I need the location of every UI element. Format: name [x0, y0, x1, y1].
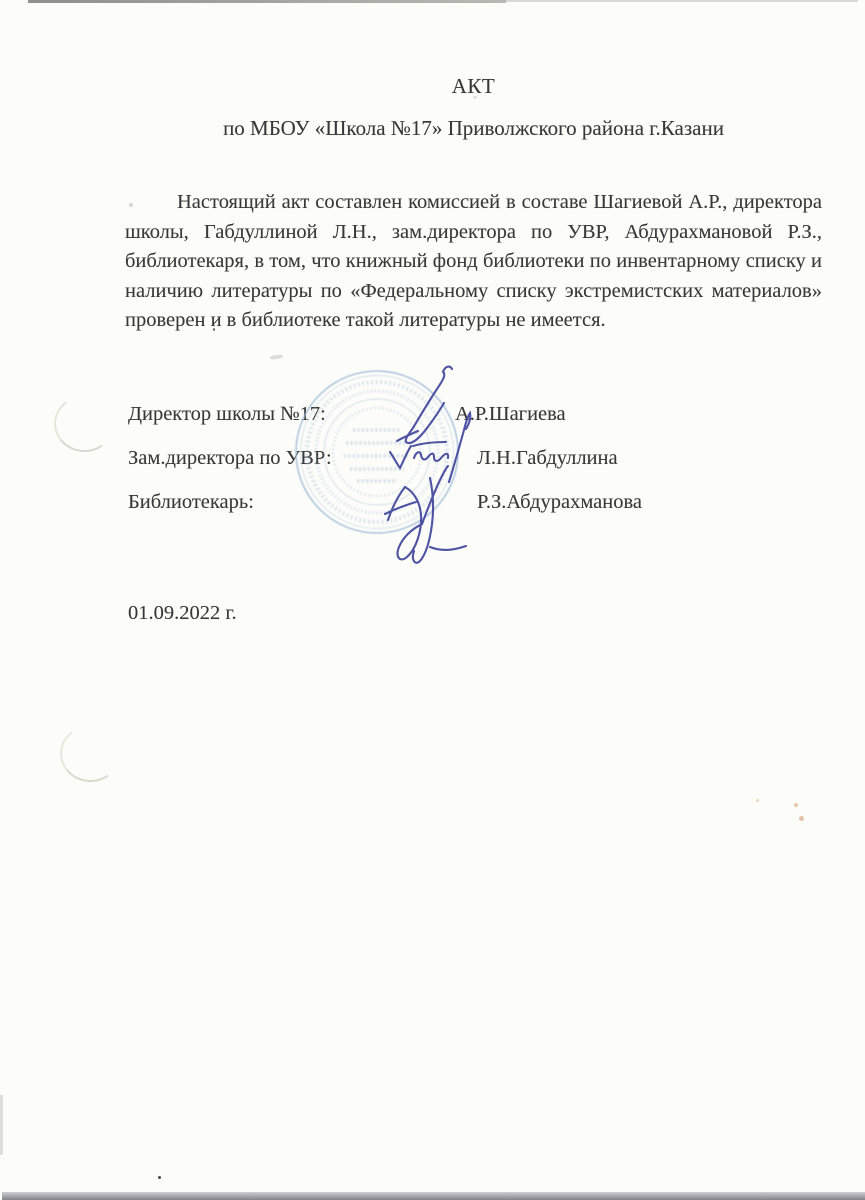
- document-date: 01.09.2022 г.: [128, 602, 237, 625]
- stamp-and-signatures-layer: [0, 0, 865, 1200]
- scan-edge-bottom: [2, 1192, 865, 1200]
- document-title: АКТ: [125, 74, 822, 99]
- scan-edge-top: [28, 0, 506, 3]
- signer-name: Р.З.Абдурахманова: [477, 491, 642, 514]
- punch-hole-mark: [50, 392, 117, 456]
- signer-name: Л.Н.Габдуллина: [477, 447, 618, 470]
- signature-row-deputy: Зам.директора по УВР: Л.Н.Габдуллина: [128, 447, 828, 473]
- body-paragraph: Настоящий акт составлен комиссией в сост…: [125, 188, 822, 336]
- paper-speck: [756, 799, 759, 802]
- punch-hole-mark: [56, 722, 123, 786]
- signature-row-director: Директор школы №17: А.Р.Шагиева: [128, 403, 828, 429]
- paper-smudge: [270, 354, 283, 360]
- paper-speck: [799, 816, 804, 821]
- paper-speck: [158, 1176, 161, 1179]
- document-subtitle: по МБОУ «Школа №17» Приволжского района …: [125, 116, 822, 141]
- role-label: Зам.директора по УВР:: [128, 447, 332, 470]
- role-label: Библиотекарь:: [128, 491, 254, 514]
- role-label: Директор школы №17:: [128, 403, 326, 426]
- signature-row-librarian: Библиотекарь: Р.З.Абдурахманова: [128, 491, 828, 517]
- scanned-document-page: АКТ по МБОУ «Школа №17» Приволжского рай…: [0, 0, 865, 1200]
- scan-edge-top-light: [506, 0, 858, 2]
- scan-edge-left: [0, 1095, 3, 1155]
- paper-speck: [794, 803, 798, 807]
- signer-name: А.Р.Шагиева: [455, 403, 566, 426]
